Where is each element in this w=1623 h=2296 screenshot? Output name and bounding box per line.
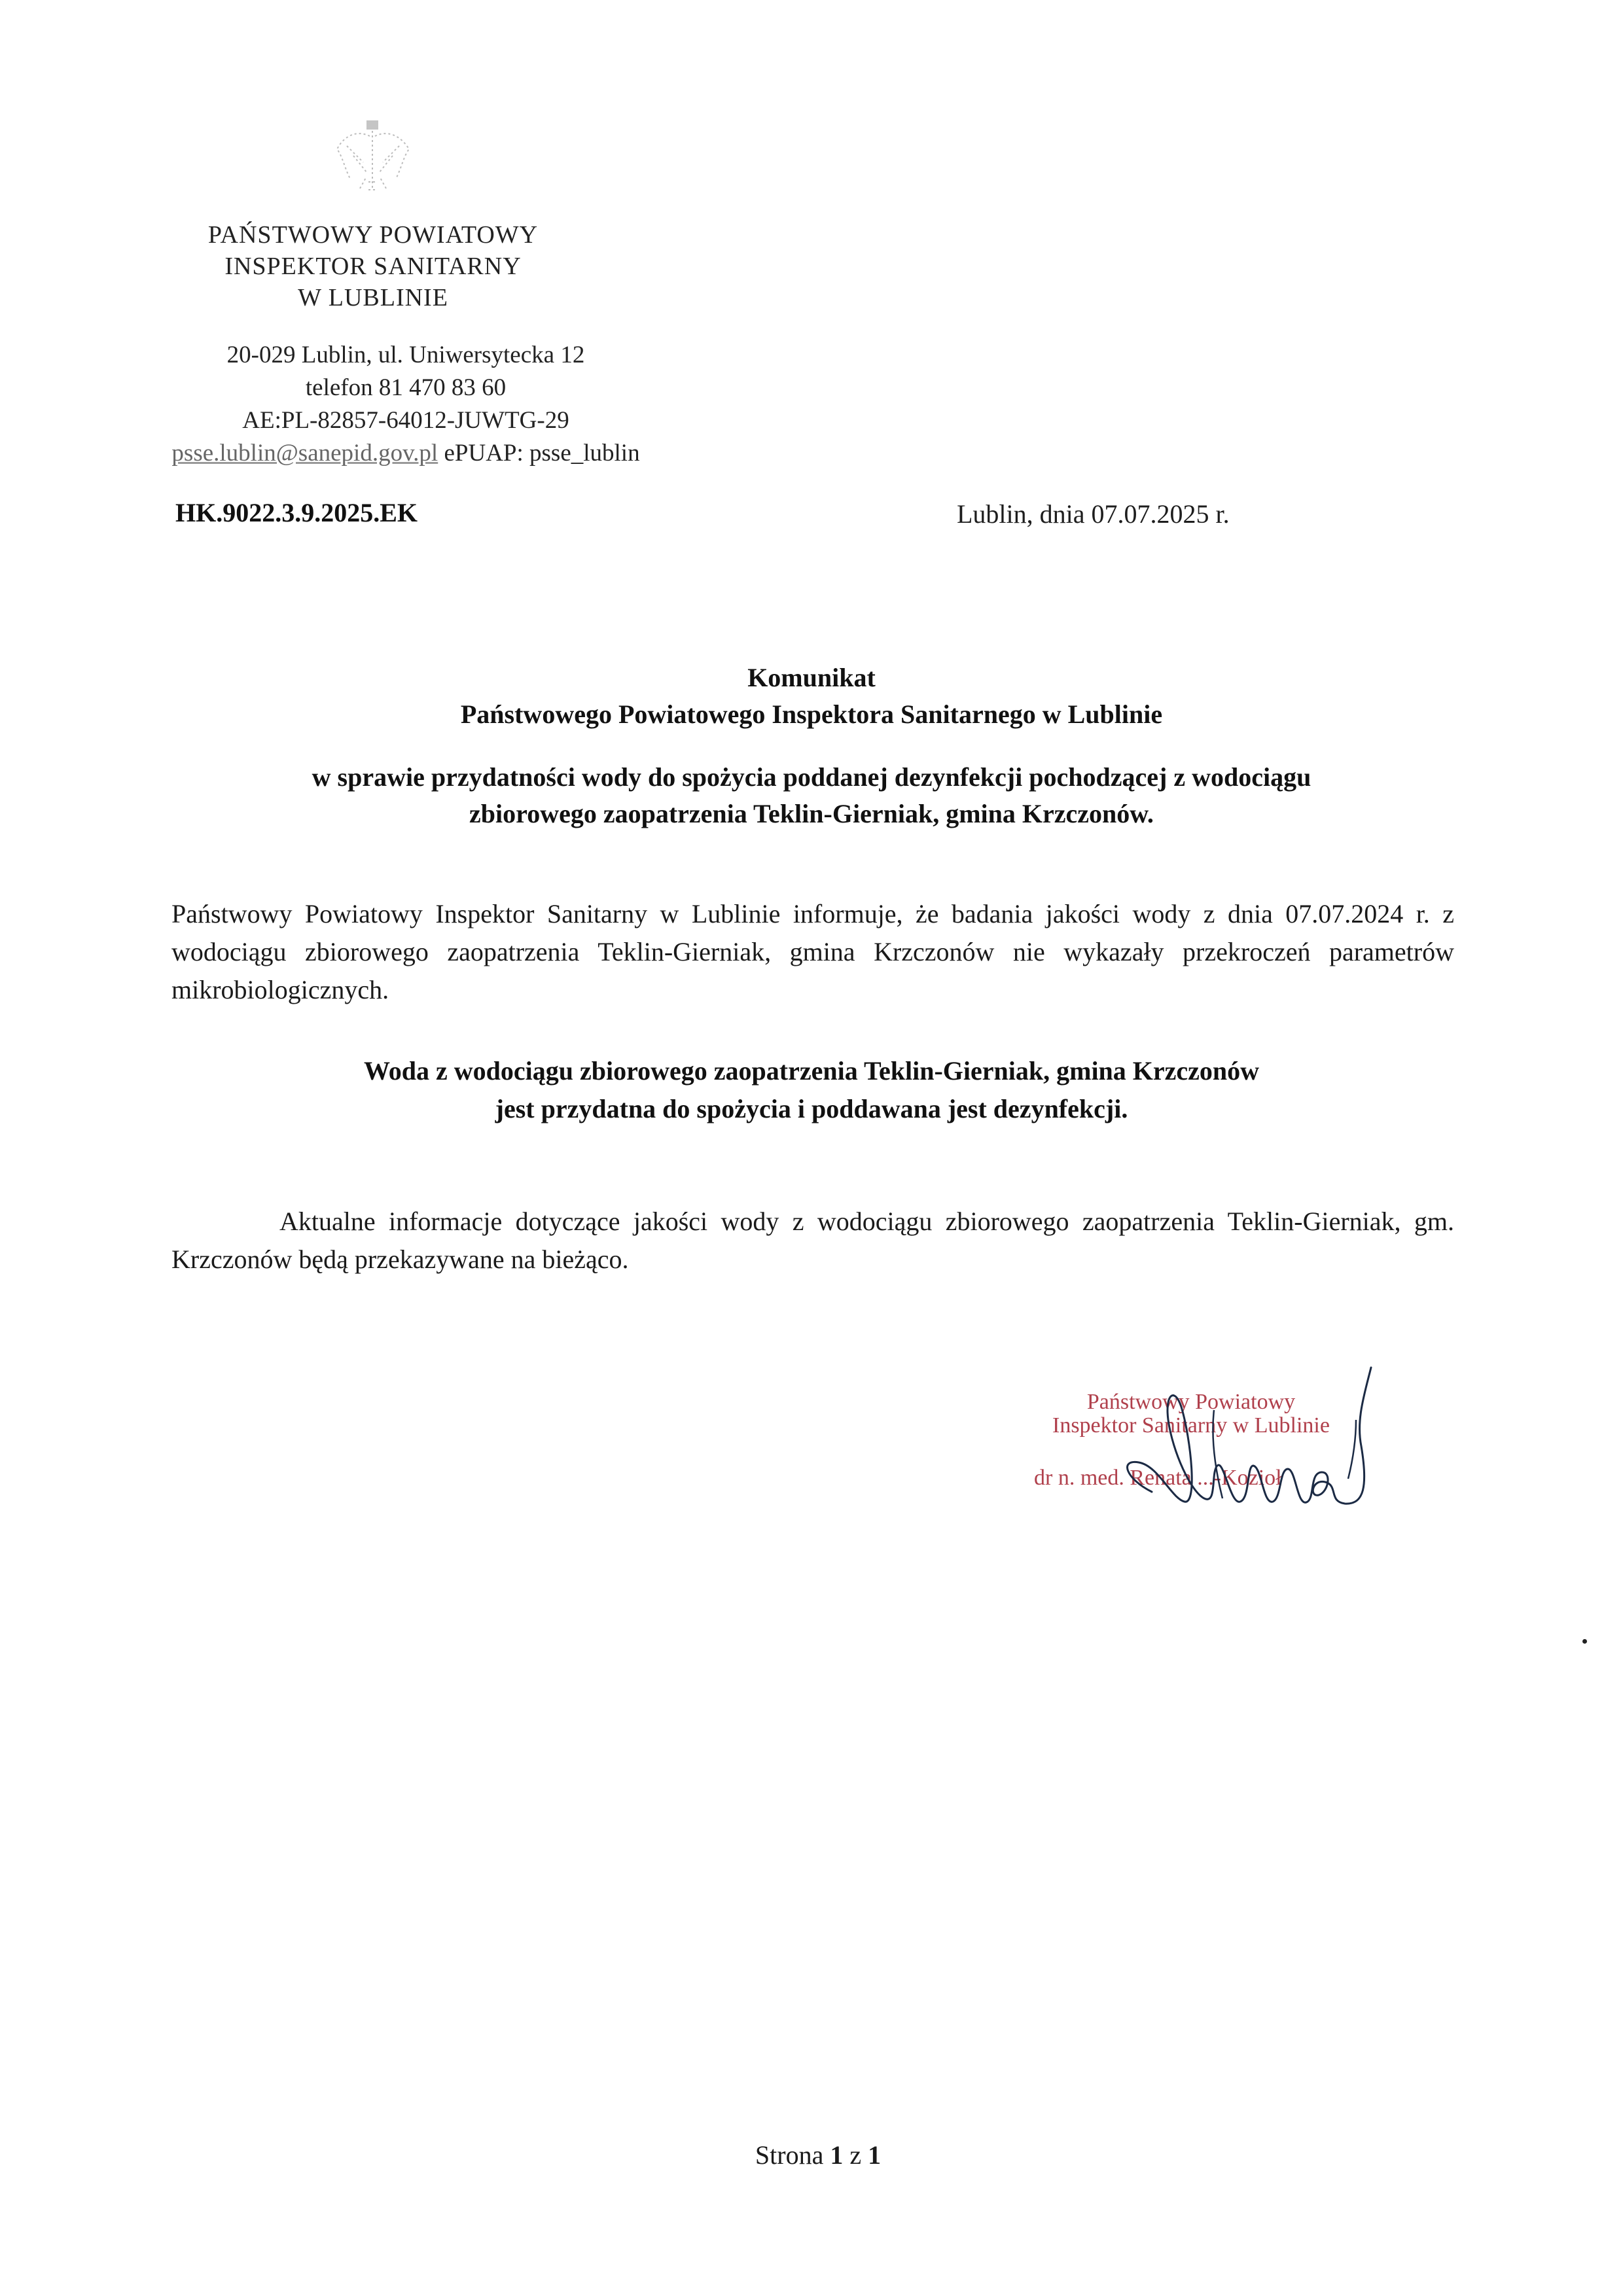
eagle-emblem-icon (330, 116, 416, 200)
title-heading: Komunikat (157, 660, 1466, 696)
address-block: 20-029 Lublin, ul. Uniwersytecka 12 tele… (124, 339, 687, 470)
phone-number: telefon 81 470 83 60 (124, 372, 687, 404)
total-pages: 1 (868, 2140, 881, 2170)
ae-code: AE:PL-82857-64012-JUWTG-29 (124, 404, 687, 437)
document-title: Komunikat Państwowego Powiatowego Inspek… (157, 660, 1466, 733)
organization-name: PAŃSTWOWY POWIATOWY INSPEKTOR SANITARNY … (157, 219, 589, 313)
title-issuer: Państwowego Powiatowego Inspektora Sanit… (157, 696, 1466, 733)
body-paragraph-1: Państwowy Powiatowy Inspektor Sanitarny … (171, 895, 1454, 1009)
page-label: Strona (755, 2140, 823, 2170)
org-line-2: INSPEKTOR SANITARNY (157, 251, 589, 282)
case-reference: HK.9022.3.9.2025.EK (175, 497, 418, 528)
document-subject: w sprawie przydatności wody do spożycia … (157, 759, 1466, 832)
verdict-line-1: Woda z wodociągu zbiorowego zaopatrzenia… (157, 1052, 1466, 1090)
current-page: 1 (830, 2140, 843, 2170)
verdict-line-2: jest przydatna do spożycia i poddawana j… (157, 1090, 1466, 1128)
subject-line-2: zbiorowego zaopatrzenia Teklin-Gierniak,… (157, 796, 1466, 832)
epuap-address: ePUAP: psse_lublin (444, 440, 639, 467)
scan-speck (1582, 1639, 1587, 1644)
handwritten-signature-icon (1113, 1348, 1387, 1518)
page-footer: Strona 1 z 1 (654, 2140, 982, 2170)
place-date: Lublin, dnia 07.07.2025 r. (957, 499, 1230, 529)
verdict-statement: Woda z wodociągu zbiorowego zaopatrzenia… (157, 1052, 1466, 1128)
page-separator: z (849, 2140, 861, 2170)
body-paragraph-2: Aktualne informacje dotyczące jakości wo… (171, 1203, 1454, 1279)
subject-line-1: w sprawie przydatności wody do spożycia … (157, 759, 1466, 796)
postal-address: 20-029 Lublin, ul. Uniwersytecka 12 (124, 339, 687, 372)
contact-line: psse.lublin@sanepid.gov.pl ePUAP: psse_l… (124, 437, 687, 470)
org-line-3: W LUBLINIE (157, 282, 589, 313)
org-line-1: PAŃSTWOWY POWIATOWY (157, 219, 589, 251)
email-link[interactable]: psse.lublin@sanepid.gov.pl (171, 440, 438, 467)
